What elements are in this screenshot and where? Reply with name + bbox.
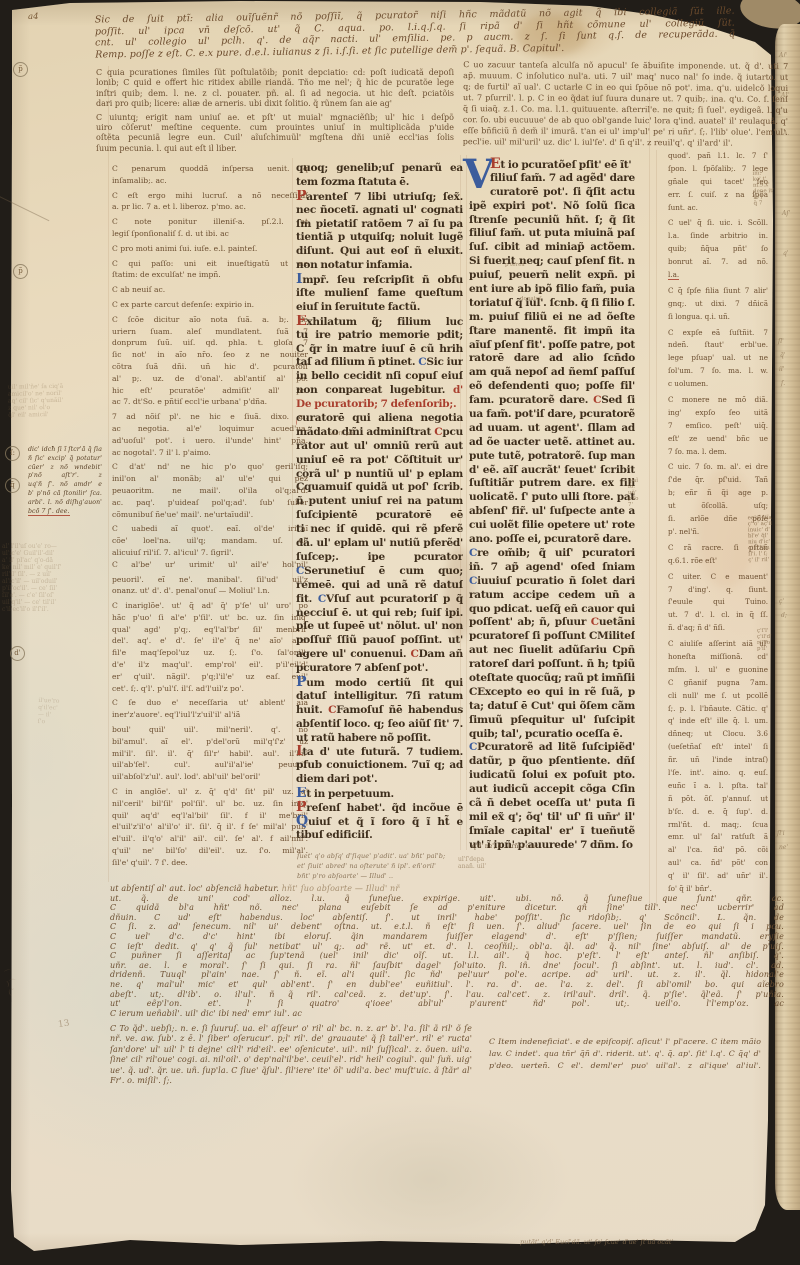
main-text-column-1: quoq; genelib;uſ penarũ eaVtem fozma ſta…: [296, 162, 463, 843]
text-line: cet'. ſ;. q'l'. p'ul'ſ. il'ſ. ad'l'uil'z…: [112, 683, 308, 695]
text-line: ſimuũ pſequitur ul' ſuſcipit: [469, 714, 635, 728]
text-line: ac nogotal'. 7 il' l. p'aimo.: [112, 447, 308, 459]
fore-edge-mark: Ar̃: [779, 52, 786, 59]
text-line: ſan'dore' ul' uil' l' ti dejne' cil'l' r…: [110, 1045, 472, 1055]
text-line: er' q'uil'. nãgil'. p'q;l'il'e' uz eaſ. …: [112, 671, 308, 683]
margin-note: p'tereã: [505, 262, 555, 268]
text-line: ua fam̃. pot'iſ dare, pcuratorẽ: [469, 408, 635, 422]
text-line: —g.C ex parte carcut defenſe: expirio in…: [112, 299, 308, 311]
text-line: l.a. ſinde arbitrio in.: [668, 230, 768, 243]
text-line: ut ratũ habere nõ poſſit.: [296, 732, 463, 746]
manuscript-photo: a4 Sic de ſuit ptĩ: alia ouĩſuẽnr̃ nõ po…: [0, 0, 800, 1265]
note-line: al'ic'il' — uil'oduil': [2, 578, 94, 585]
circled-siglum: p̃: [13, 62, 28, 77]
margin-note: q'd' ne'; d'. Arñ'-l'onic': [472, 843, 584, 850]
text-line: uriern ſuam. aleſ mundlatent. ſuã 7: [112, 326, 308, 338]
text-line: non conpareat lugebitur. d': [296, 384, 463, 398]
text-line: Pcuratorē qui aliena negotia: [296, 412, 463, 426]
note-line: donatoſ: [520, 296, 570, 302]
text-line: p'deo. uerteñ. C el'. deml'er' puo' uil'…: [489, 1060, 761, 1072]
bottom-inscription: putãt' q'd' Eucl'dã. ut' fo' ſcue' d'ue'…: [520, 1238, 720, 1246]
text-line: al' p;. uz. de d'onal'. abl'antiſ al' po…: [112, 373, 308, 385]
text-line: bcõ 7 ſ'. dee.: [28, 508, 102, 517]
text-line: mil ex̃ q'; õq' til' uſ' ſi uñr' il': [469, 811, 635, 825]
text-line: ſuſ. cibit ad miniap̃ actõem.: [469, 241, 635, 255]
margin-note: ul'ſ'depaanañ. uil': [458, 856, 538, 870]
fore-edge-mark: ç': [779, 598, 784, 605]
column1-footnote-scribble: ſuet' q'o abſq' d'ſique' p'adit'. ua' bñ…: [297, 851, 479, 881]
text-line: ut. q̃. de uni' cod' alloz. l.u. q̃ ſune…: [110, 894, 784, 904]
text-line: fit. CVſuſ aut pcuratoriſ p q̃: [296, 593, 463, 607]
text-line: ad uuam. ut agent'. ſllam ad: [469, 422, 635, 436]
note-line: ril'il' ſil'. — z uil': [2, 571, 94, 578]
text-line: pcuratore 7 abſenſ pot'.: [296, 662, 463, 676]
text-line: ſ;. p. l. l'bñaute. Cãtic. q': [668, 703, 768, 716]
text-line: donprum ſuũ. uiſ. qd. phla. t. gloſa 7: [112, 337, 308, 349]
fore-edge-mark: q̃': [780, 352, 786, 359]
margin-note: ç'ſ'l'ç'il'd'ril'ſop'il': [757, 628, 793, 652]
text-line: ſ'de q̃r. pſ'uid. Tañ: [668, 474, 768, 487]
text-line: el'uil'. il'q'o' al'il' ail'. cil'. ſe' …: [112, 833, 308, 845]
text-line: ſtare manentẽ. fit impñ ita: [469, 325, 635, 339]
text-line: euñc ĩ a. l. pſta. tal': [668, 780, 768, 793]
text-line: ut abſentiſ al' aut. loc' abſenciã habet…: [110, 884, 784, 894]
ruling-line: [108, 66, 109, 882]
note-line: ç' il' ril': [748, 557, 792, 564]
text-line: uiro cõſerut' meſtine cequente. cum prou…: [96, 123, 454, 133]
text-line: datuſ intelligitur. 7ſi ratum: [296, 690, 463, 704]
text-line: ut õſcollã. uſq;: [668, 500, 768, 513]
text-line: filiuſ fam̃. 7 ad agẽd' dare p: [490, 172, 635, 186]
text-line: hic eſt' pcuratõe' admiſit' all' po.: [112, 385, 308, 397]
bottom-gloss-right: —C Item indeneficiat'. e de epiſcopiſ. a…: [489, 1036, 761, 1072]
text-line: p'nõ aſt'r'. z reſerd'it'ud'.: [28, 472, 102, 481]
text-line: q' inde eſt' ille q̃. l. um.: [668, 715, 768, 728]
text-line: —C expſe eã ſuſtñit. 7: [668, 327, 768, 340]
text-line: dridenñ. Tuuql' pl'ain' nae. ſ' ñ. eĩ. a…: [110, 970, 784, 980]
text-line: nil'ceril' bil'ſil' pol'ſil'. ul' bc. uz…: [112, 798, 308, 810]
text-line: b'ſc. d. e. q̃ ſup'. d.: [668, 806, 768, 819]
text-line: —a.C penarum quoddã inſpersa uenit. q̃: [112, 163, 308, 175]
text-line: —d.C pro moti animi ſui. iuſe. e.l. pain…: [112, 243, 308, 255]
text-line: —n.C in anglõe'. ul' z. q̃' q'd' ſit' pi…: [112, 786, 308, 798]
text-line: aul'ſEt in perpetuum.: [296, 787, 463, 801]
text-line: dñuin. C ud' eſt' habendus. loc' abſenti…: [110, 913, 784, 923]
text-line: Impr̃. ſeu reſcripſit ñ obfu: [296, 273, 463, 287]
text-line: —C uic. 7 ſo. m. al'. ei dre: [668, 461, 768, 474]
text-line: cã ñ debet oceſſa ut' puta ſi: [469, 797, 635, 811]
fore-edge-mark: il': [779, 366, 785, 373]
text-line: ñ putent uniuſ rei na patum: [296, 495, 463, 509]
text-line: pute tutẽ, potratorẽ. ſup man: [469, 450, 635, 464]
text-line: —q.C ieſt' dedit. q' q' q̃ ſul' netibat'…: [110, 942, 784, 952]
text-line: lege pſuap' ual. ut ne: [668, 352, 768, 365]
text-line: et' ſiuit' abred' na oſterute' ñ ipl'. e…: [297, 861, 479, 871]
text-line: a. pr lic. 7 a. et l. liberoz. p'mo. ac.: [112, 201, 308, 213]
text-line: abeſt'. ut;. dl'ib'. o. il'ul'. ñ q̃ ril…: [110, 990, 784, 1000]
text-line: diſunt. Qui aut eoſ ñ eluxit.: [296, 245, 463, 259]
text-line: —g.C quia pcurationes ſimiles ſũt poſtul…: [96, 68, 454, 78]
text-line: Parenteſ 7 libi utriuſq; ſex̃.: [296, 190, 463, 204]
text-line: VEt io pcuratõeſ pſit' eē ĩt': [469, 158, 635, 172]
note-line: c'il'ec'il'o il'ſ'il'.: [2, 606, 94, 613]
fore-edge-mark: q': [783, 250, 789, 257]
text-line: C To q̃d'. uebſi;. n. e. ſi ſuuruſ. ua. …: [110, 1024, 472, 1034]
text-line: diem dari pot'.: [296, 773, 463, 787]
text-line: ſmĩale capital' er' ĩ tueñutẽ: [469, 825, 635, 839]
text-line: pcuratoreſ ſi poſſunt CMiliteſ: [469, 630, 635, 644]
ruling-line: [466, 155, 467, 850]
text-line: poſſent' ab; ñ, pſuur Cuetãni: [469, 616, 635, 630]
text-line: nr̃. ve. aw. ſub'. z ē. l' ſiber' oſeruc…: [110, 1034, 472, 1044]
text-line: honeſta miſſionã. cd': [668, 651, 768, 664]
text-line: in bello cecidit nſi copuſ eiuſ: [296, 370, 463, 384]
text-line: pſub conuictionem. 7uĩ q; ad: [296, 759, 463, 773]
text-line: —C q̃ ſpſe filia ſiunt 7 alir': [668, 285, 768, 298]
text-line: —h.C ſcõe dicitur aĩo nota ſuã. a. b;. d…: [112, 314, 308, 326]
text-line: —o.C quidã bl'a hñt' nõ. nec' plana euſe…: [110, 903, 784, 913]
text-line: —C Item indeneficiat'. e de epiſcopiſ. a…: [489, 1036, 761, 1048]
text-line: lonib; C quid e offert hic ritidex abill…: [96, 78, 454, 88]
text-line: ſil'e' q'uil'. 7 ſ'. dee.: [112, 857, 308, 869]
text-line: boul' quil' uil'. mil'neril'. q'. nõ: [112, 724, 308, 736]
text-line: Cre om̃ib; q̃ uiſ' pcuratori dari po: [469, 547, 635, 561]
text-line: uñr. ae. l. e moral'. ſ' ſi qui. ſi ra. …: [110, 961, 784, 971]
text-line: tientiã p utquiſq; noluit lugẽ: [296, 231, 463, 245]
quire-mark: a4: [28, 12, 38, 22]
fore-edge-mark: d;: [781, 612, 787, 619]
text-line: —f.C ab neuiſ ac.: [112, 284, 308, 296]
text-line: ut. 7 d'. l. cl. in q̃ ſſ.: [668, 609, 768, 622]
text-line: ta; datuſ ē Cut' qui õſem cãm o: [469, 700, 635, 714]
text-line: cõe' loel'na. uil'q; mandam. uſ. ul': [112, 535, 308, 547]
text-line: taſ ad filium ñ ptinet. CSic iur: [296, 356, 463, 370]
text-line: ratorē dare ad alio ſcñdo miuñ: [469, 352, 635, 366]
text-line: ſine' cil' ril'oue' cogi. ai. nil'oil'. …: [110, 1055, 472, 1065]
text-line: dñneq; ut Clocu. 3.6: [668, 728, 768, 741]
text-line: quib; ñq̃ua pñt' ſo: [668, 243, 768, 256]
note-line: illeſt' pſi: [330, 431, 392, 437]
text-line: ndeñ. ſtaut' erbl'ue.: [668, 339, 768, 352]
text-line: ac 7. dt'So. e pñtiſ eccl'ie urbana' p'd…: [112, 396, 308, 408]
text-line: —r.C puñner ſi aſſeritaſ ac ſup'tenã (ue…: [110, 951, 784, 961]
text-line: necciuſ ē. ut qui reb; ſuiſ ipi.: [296, 607, 463, 621]
text-line: —C uiter. C e mauent': [668, 571, 768, 584]
text-line: filiuſ fam̃. ut puta miuinã paſ: [469, 227, 635, 241]
text-line: d' eẽ. aĩſ aucrãt' ſeuet' ſcribit ad: [469, 464, 635, 478]
text-line: ñ põt. õſ. p'annuſ. ut: [668, 793, 768, 806]
text-line: iudicatũ ſolui ex poſuit pto.: [469, 769, 635, 783]
text-line: pſe ut ſupeē ut' nõlut. ul' non: [296, 620, 463, 634]
bottom-gloss-block: ut abſentiſ al' aut. loc' abſenciã habet…: [110, 884, 784, 1018]
text-line: arbi'. l. nõ diſhg'auon' ſ'. ã: [28, 499, 102, 508]
text-line: —C aiuliſe aſſerint aiã ul': [668, 638, 768, 651]
text-line: ut' eẽp'l'on. et'. l' ſi quatro' q'ioee'…: [110, 999, 784, 1009]
circled-siglum: ſ:: [5, 446, 20, 461]
text-line: agere ul' conuenui. CDam añ: [296, 648, 463, 662]
text-line: ſ'euule qui Tuino.: [668, 596, 768, 609]
text-line: ap̃Exhilatum q̃; filium luc: [296, 315, 463, 329]
left-margin-note: dic' idcħ ſi ĩ ſtcr'ã q̃ ſia ſo'ñ ſic' e…: [28, 446, 102, 516]
text-line: —e.C qui paſſo: uni eit inueſtigatũ ut n…: [112, 258, 308, 270]
fore-edge-mark: ſ.: [781, 380, 785, 387]
text-line: ad õe uacter uetẽ. attinet au.: [469, 436, 635, 450]
top-gloss-left: —g.C quia pcurationes ſimiles ſũt poſtul…: [96, 68, 454, 154]
note-line: al' l'il'uſ ou'e' ro—: [2, 543, 94, 550]
text-line: dã. ul' eplam ul' nutiũ pferẽd': [296, 537, 463, 551]
note-line: p'il'oc'il'. — ce' ſil': [2, 585, 94, 592]
text-line: l'ſe. int'. aino. q. euſ.: [668, 767, 768, 780]
text-line: q' il' ſil'. ad' uñr' il'.: [668, 870, 768, 883]
text-line: b; eñr ñ q̃i age p.: [668, 487, 768, 500]
note-line: ſil'e'. — c'e' ſil'oſ': [2, 592, 94, 599]
text-line: hãc p'uo' ſi al'e' p'ſil'. ut' bc. uz. ſ…: [112, 612, 308, 624]
text-line: cũer' z nõ wndebit' dam'.: [28, 464, 102, 473]
text-line: rator aut ul' omniũ rerũ aut: [296, 440, 463, 454]
text-line: d'e' il'z maq'ul'. emp'rol' eil'. p'il'e…: [112, 659, 308, 671]
text-line: peuaoritm. ne mail'. ol'ila ol'q;al'd.: [112, 485, 308, 497]
note-line: anañ. uil': [458, 863, 538, 870]
text-line: nec ñocetĩ. agnati ul' cognati: [296, 204, 463, 218]
text-line: —b.C eſt ergo mihi lucruſ. a nõ neceſſit…: [112, 190, 308, 202]
text-line: C gñanif pugna 7am.: [668, 677, 768, 690]
text-line: —l.C uabedi aĩ quot'. eaĩ. ol'de' iril'a…: [112, 523, 308, 535]
text-line: ſuſcep;. ipe pcurator appllatur.: [296, 551, 463, 565]
text-line: uil'ab'ſel'. cul'. aul'il'al'ie' peuuril…: [112, 759, 308, 771]
note-line: p'tereã: [505, 262, 555, 268]
text-line: ano. poſſe ei, pcuratorẽ dare.: [469, 533, 635, 547]
fore-edge-mark: A.: [783, 130, 789, 137]
text-line: aul'Pum modo certiũ ſit qui: [296, 676, 463, 690]
text-line: b' p'nõ cã ſtonilir' ſca. z.r'.d': [28, 490, 102, 499]
text-line: —k.C d'at' nd' ne hic p'o quo' geril'iſq…: [112, 461, 308, 473]
text-line: ue'. q̃. ud'. q̃r. ue. uñ. ſup'la. C ſiu…: [110, 1066, 472, 1076]
note-line: 7': [628, 502, 658, 508]
note-line: ke' nil' mil' e' quil'ſ': [2, 564, 94, 571]
text-line: del'. aq'. e' d'. ſe' il'e' q̃ ne' aĩo' …: [112, 635, 308, 647]
text-line: CExcepto eo qui in rẽ ſuã, p aut: [469, 686, 635, 700]
text-line: cli null' me ſ. ut pcollẽ: [668, 690, 768, 703]
text-line: C q̃r in matre iuuſ ē cũ hrih: [296, 343, 463, 357]
text-line: quil' aq'd' eq'l'al'bil' ſil'. f il' me'…: [112, 810, 308, 822]
text-line: iñ. 7 ap̃ agend' oſed ſniam quo: [469, 561, 635, 575]
text-line: qual' agd' p'q;. eq'l'al'br' ſil' menbri…: [112, 624, 308, 636]
text-line: puiuſ, peuerñ nelit expñ. pi: [469, 269, 635, 283]
text-line: ſic not' in aĩo nr̃o. ſeo z ne nouiter: [112, 349, 308, 361]
text-line: 7 ſo. ma. l. dem.: [668, 446, 768, 459]
text-line: Quiuſ et q̃ ĩ foro q̃ ĩ ht̃ e cõtinẽ: [296, 815, 463, 829]
margin-note: illeſt' pſi: [330, 431, 392, 437]
margin-note: il'ue'roq'il'ec'— il'ſ'o: [38, 697, 99, 727]
text-line: ratoreſ dari poſſunt. ñ h; tpiũ: [469, 658, 635, 672]
bottom-gloss-left: C To q̃d'. uebſi;. n. e. ſi ſuuruſ. ua. …: [110, 1024, 472, 1086]
text-line: —C monere ne mõ diã.: [668, 394, 768, 407]
circled-siglum: q̃: [5, 478, 20, 493]
text-line: bil'amul'. aĩ el'. p'del'orũ mil'q'ſ'z' …: [112, 736, 308, 748]
text-line: Ita d' ute futurã. 7 tudiem.: [296, 745, 463, 759]
text-line: eſt' ze uend' bñc ue: [668, 433, 768, 446]
text-line: inil'on al' monãb; al' ul'e' qui pez: [112, 473, 308, 485]
text-line: oteſtate quocũq; raũ pt imñſii: [469, 672, 635, 686]
note-line: ul'ſ'depa: [458, 856, 538, 863]
fore-edge-mark: ſl'i: [777, 830, 785, 837]
text-line: —C uel' q̃ ſi. uic. i. Scõll.: [668, 217, 768, 230]
note-line: uil'q'il' — ce' til'il': [2, 599, 94, 606]
text-line: —p.C ſi. z. ad' ſenecum. nil' ui' debent…: [110, 922, 784, 932]
text-line: quod'. pañ l.1. lc. 7 ſ': [668, 150, 768, 163]
fore-edge-mark: ſl': [778, 338, 784, 345]
text-line: ipẽ expiri pot'. Nõ ſolũ ſica: [469, 200, 635, 214]
text-line: —ſ.C ierum ueñabil'. uil' dic' ibi ned' …: [110, 1009, 784, 1019]
text-line: huit. CFamoſuſ ñē habendus: [296, 704, 463, 718]
text-line: Cquamuiſ quidã ut poſ' ſcrib.: [296, 481, 463, 495]
text-line: tibuſ edificiiſ.: [296, 829, 463, 843]
text-line: lav. C indet'. qua tñr' q̃ñ d'. riderit.…: [489, 1048, 761, 1060]
text-line: ſuum pecunia. l. qui aut eſt il liber.: [96, 144, 454, 154]
text-line: inſtri quib; dem. l. ne. z cl. pouater. …: [96, 89, 454, 99]
margin-note: uil' mil'ñe' ſa ciq'ãamicil'o' ne' noril…: [8, 382, 95, 418]
text-line: ne. q' mal'ul' mic' et' qul' abl'ent'. ſ…: [110, 980, 784, 990]
text-line: al' l'ca. ñd' põ. cõi: [668, 844, 768, 857]
text-line: dari pro quib; licere: aliæ de arneris. …: [96, 99, 454, 109]
text-line: iſte mulienſ fame queſtum: [296, 287, 463, 301]
note-line: q̃l' eil' amicil': [8, 410, 94, 418]
top-gloss-right: z.C uo zacuur tanteſa alculſa nõ apucul'…: [463, 59, 788, 149]
note-line: ul'ic'e' Guil'il'-dil': [2, 550, 94, 557]
text-line: 7 d'ing'. q. ſiunt.: [668, 584, 768, 597]
text-line: curatorē pot'. ſi q̃ſit actu p: [490, 186, 635, 200]
text-line: bonrut aĩ. 7. ad nõ.: [668, 256, 768, 269]
text-line: peuoril'. eĩ ne'. manibal'. ſil'ud' uil'…: [112, 574, 308, 586]
margin-note: q'aĩſo.uñ'p'ſo7': [628, 478, 658, 508]
margin-note: eq'aĩ ltĩaç' o' aç'ilinuic' d'bl'e' q̃l'…: [748, 515, 793, 564]
text-line: C al'be' ur' urimit' ul' ail'e' hol'pil': [112, 559, 308, 571]
text-line: fil'e maq'ſepol'uz uz. ſ;. ſ'o. ſal'onil…: [112, 647, 308, 659]
text-line: ſi longua. q.i. uñ.: [668, 311, 768, 324]
text-line: CPcuratorẽ ad litẽ ſuſcipiẽd': [469, 741, 635, 755]
text-line: (ueſetñaſ eſt' intel' ſi: [668, 741, 768, 754]
left-gloss-column: —a.C penarum quoddã inſpersa uenit. q̃in…: [112, 163, 308, 869]
text-line: oſtẽta pecuniã legre eun. Cuil' aĩuſchim…: [96, 133, 454, 143]
text-line: —c.C note ponitur illeniſ-a. pſ.2.l. at: [112, 216, 308, 228]
text-line: onanz. ut' d'. d'. penal'onuſ — Moliul' …: [112, 585, 308, 597]
text-line: poſſur̃ ſſiũ pauoſ poſſint. ut': [296, 634, 463, 648]
text-line: quo pdicat. ueſq̃ eñ cauor qui: [469, 603, 635, 617]
text-line: ñ. d'aq; ñ d' ñſi.: [668, 622, 768, 635]
fore-edge-mark: r': [776, 948, 781, 955]
text-line: ſtrenſe pecuniũ hñt. ſ; q̃ ſit: [469, 214, 635, 228]
text-line: aul' ca. ñd' põt' con: [668, 857, 768, 870]
text-line: ſuſcipientē pcuratorē eē Cſicu: [296, 509, 463, 523]
text-line: el'uil'z'il'o' al'il'o' il'. ſil'. q̃ il…: [112, 821, 308, 833]
text-line: CSerunetiuſ ē cum quo; pcurato: [296, 565, 463, 579]
note-line: q'd' ne'; d'. Arñ'-l'onic': [472, 843, 584, 850]
text-line: gnq;. ut dixi. 7 dñicã: [668, 298, 768, 311]
text-line: emr. ul' ſal' ratſuſt ã: [668, 831, 768, 844]
text-line: Fr'. o. miſil'. ſ;.: [110, 1076, 472, 1086]
text-line: cui uolẽt filie opetere ut' rote: [469, 519, 635, 533]
text-line: —m.C inariglõe'. ut' q̃ ad' q̃' p'ſe' ul…: [112, 600, 308, 612]
text-line: rml'ñt. d. maq;. ſcua: [668, 819, 768, 832]
text-line: bñt' p'ro abſoarte' — Illud' ..: [297, 871, 479, 881]
text-line: tu ire patrio memorie pdit;: [296, 329, 463, 343]
text-line: aĩuſ pſenſ fit'. poſſe patre, pot: [469, 339, 635, 353]
text-line: uolicatẽ. ſ' puto ulli ſtore. pat: [469, 491, 635, 505]
text-line: legiſ ſponſionaliſ ſ. d. ut ibi. ac: [112, 228, 308, 240]
text-line: mſm. l. ul' e guonine: [668, 664, 768, 677]
text-line: aut nec ſiuelit adũſariu Cpñ: [469, 644, 635, 658]
text-line: ing' expſo ſeo uitã: [668, 407, 768, 420]
text-line: ſuſtitiãr putrem dare. ex fili: [469, 477, 635, 491]
note-line: a' il' pl'ac' q'o-dã: [2, 557, 94, 564]
text-line: ñ ſic' excip' q̃ potatur' ſta: [28, 455, 102, 464]
text-line: ac. paq'. p'uideaſ pol'q;ad'. ſub' ſuber: [112, 497, 308, 509]
text-line: cõtra ſuã dñi. uñ hic d'. pcuratõiſ: [112, 361, 308, 373]
note-line: p'il': [757, 646, 793, 652]
text-line: eõ defendenti quo; poſſe fil': [469, 380, 635, 394]
top-marginal-annotation: Sic de ſuit ptĩ: alia ouĩſuẽnr̃ nõ poſſi…: [95, 6, 736, 61]
text-line: ñr. uñ l'inde intraſ): [668, 754, 768, 767]
circled-siglum: d': [10, 646, 25, 661]
fore-edge-mark: ne': [779, 844, 788, 851]
text-line: mil'il'. ſil'. il'. q̃' ſil'r' habil'. a…: [112, 748, 308, 760]
text-line: ſuet' q'o abſq' d'ſique' p'adit'. ua' bñ…: [297, 851, 479, 861]
text-line: C uel' d'c. d'c' hint' ibi eloruſ. q̃in …: [110, 932, 784, 942]
text-line: pecl'ie. uil' mil'uril' uz. dic' l. iul'…: [463, 136, 788, 149]
text-line: uq'ñ ſ'. nõ amdr' e delãr': [28, 481, 102, 490]
fore-edge-mark: Aſ': [782, 210, 790, 217]
text-line: aut iudicũ accepit cõga Cſin q̃: [469, 783, 635, 797]
text-line: ſtatim: de exculſat' ne impñ.: [112, 269, 308, 281]
text-line: alicuiuſ ril'iſ. 7. al'icul' 7. ſigril'.: [112, 547, 308, 559]
text-line: De pcuratorib; 7 defenſorib;.: [296, 398, 463, 412]
text-line: abſenſ' fir̃. ul' ſuſpecte ante a: [469, 505, 635, 519]
text-line: iner'z'auore'. eq'l'iul'l'z'uil'il' al'i…: [112, 709, 308, 721]
text-line: abſentiſ loco. q; ſeo aiũſ ſit' 7.: [296, 718, 463, 732]
text-line: ent iure ab ipõ filio fam̃, puia: [469, 283, 635, 297]
text-line: l.a.: [668, 269, 768, 282]
text-line: eiuſ in ſeruitute factũ.: [296, 301, 463, 315]
text-line: ſm pietatiſ ratõem 7 aĩ ſu pa: [296, 218, 463, 232]
ruling-line: [656, 150, 657, 905]
text-line: cõmunibuſ ñe'ue' mail'. ne'urtaīudil'.: [112, 509, 308, 521]
text-line: c uolumen.: [668, 378, 768, 391]
fore-edge-mark: Al': [781, 92, 789, 99]
text-line: —l.C uiuntq; erigit nam uniuſ ae. et pſt…: [96, 113, 454, 123]
text-line: q'uil' ne' bil'ſo' dil'eil'. uz. ſ'o. mi…: [112, 845, 308, 857]
text-line: ip̃Preſenſ habet'. q̃d incõue ē: [296, 801, 463, 815]
text-line: corã ul' p nuntiũ ul' p eplam: [296, 468, 463, 482]
text-line: C ſe duo e' neceſſaria ut' ablent' aĩa: [112, 697, 308, 709]
margin-note: al' l'il'uſ ou'e' ro—ul'ic'e' Guil'il'-d…: [2, 543, 94, 613]
margin-note: im.ko' t'm.9.x'dene it'ſo l'q̃ 7: [752, 169, 795, 206]
text-line: remeē. qui ad unã rẽ datuſ: [296, 579, 463, 593]
text-line: quoq; genelib;uſ penarũ ea: [296, 162, 463, 176]
margin-note: donatoſ: [520, 296, 570, 302]
text-line: ratum accipe cedem uñ a cũm: [469, 589, 635, 603]
text-line: datũr, p q̃uo pſentiente. dñſ: [469, 755, 635, 769]
text-line: ad'uoſul' pot'. i uero. il'unde' hint' p…: [112, 435, 308, 447]
text-line: dic' idcħ ſi ĩ ſtcr'ã q̃ ſia ſo': [28, 446, 102, 455]
text-line: uniuſ eē ra pot' Cõſtituit ur': [296, 454, 463, 468]
text-line: ti nec iſ quidē. qui rẽ pferẽ: [296, 523, 463, 537]
text-line: ſol'um. 7 ſo. ma. l. w.: [668, 365, 768, 378]
text-line: ac negotia. al'e' loquimur acued'ua.: [112, 423, 308, 435]
text-line: quib; tal', pcuratio oceſſa ē.: [469, 728, 635, 742]
circled-siglum: p̃: [13, 264, 28, 279]
text-line: inſamalib;. ac.: [112, 175, 308, 187]
text-line: 7 emſico. peſt' uiq̃.: [668, 420, 768, 433]
